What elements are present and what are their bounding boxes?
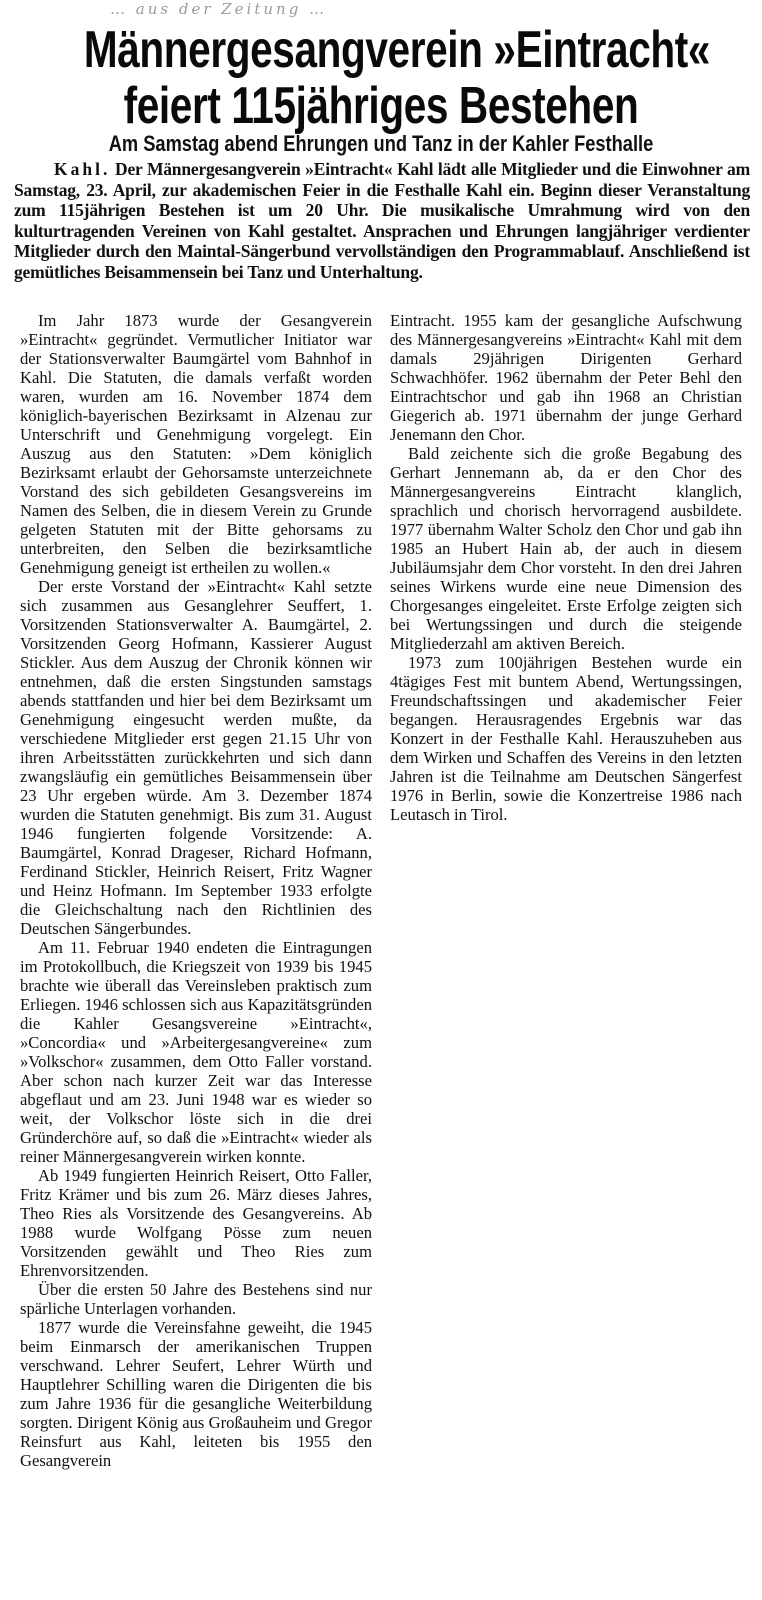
lead-paragraph: Kahl. Der Männergesangverein »Eintracht«… [14,159,750,282]
body-column-left: Im Jahr 1873 wurde der Gesangverein »Ein… [20,311,372,1470]
paragraph: Ab 1949 fungierten Heinrich Reisert, Ott… [20,1166,372,1280]
paragraph-continued: Eintracht. 1955 kam der gesangliche Aufs… [390,311,742,444]
paragraph: Im Jahr 1873 wurde der Gesangverein »Ein… [20,311,372,577]
subheadline: Am Samstag abend Ehrungen und Tanz in de… [65,131,697,157]
headline-line-1: Männergesangverein »Eintracht« [84,22,678,78]
paragraph: 1877 wurde die Vereinsfahne geweiht, die… [20,1318,372,1470]
paragraph: 1973 zum 100jährigen Bestehen wurde ein … [390,653,742,824]
dateline: Kahl. [54,159,110,179]
body-column-right: Eintracht. 1955 kam der gesangliche Aufs… [390,311,742,824]
paragraph: Bald zeichente sich die große Begabung d… [390,444,742,653]
paragraph: Über die ersten 50 Jahre des Bestehens s… [20,1280,372,1318]
paragraph: Am 11. Februar 1940 endeten die Eintragu… [20,938,372,1166]
handwritten-annotation: … aus der Zeitung … [110,0,650,18]
lead-text: Der Männergesangverein »Eintracht« Kahl … [14,159,750,282]
headline-line-2: feiert 115jähriges Bestehen [84,78,678,134]
paragraph: Der erste Vorstand der »Eintracht« Kahl … [20,577,372,938]
